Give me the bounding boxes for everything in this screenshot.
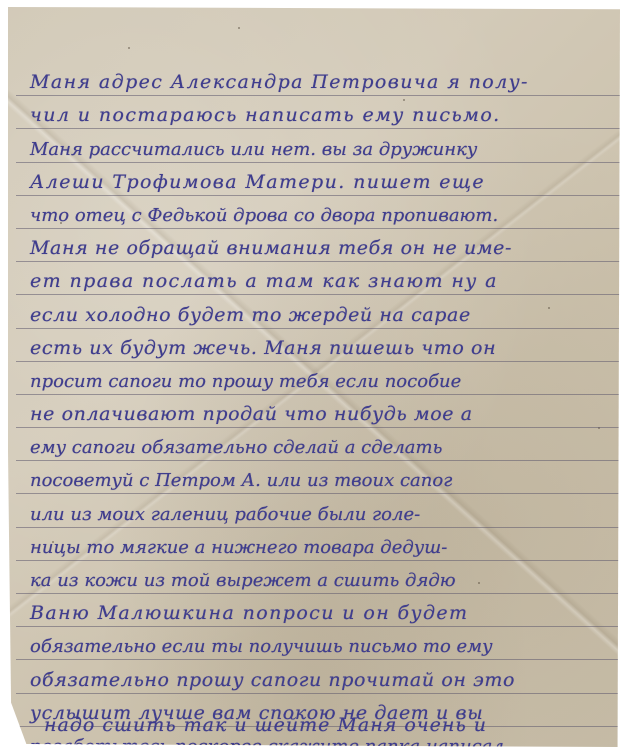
- handwritten-text: обязательно если ты получишь письмо то е…: [30, 636, 493, 657]
- paper-speck: [128, 47, 130, 49]
- handwritten-text: Маня рассчитались или нет. вы за дружинк…: [30, 139, 477, 160]
- letter-line: есть их будут жечь. Маня пишешь что он: [16, 329, 621, 362]
- handwritten-text: есть их будут жечь. Маня пишешь что он: [30, 337, 496, 359]
- handwritten-text: Ваню Малюшкина попроси и он будет: [30, 602, 468, 624]
- handwritten-text: Маня не обращай внимания тебя он не име-: [30, 237, 512, 259]
- letter-line: не оплачивают продай что нибудь мое а: [16, 395, 621, 428]
- handwritten-text-last-line: надо сшить так и шейте Маня очень и: [44, 714, 487, 736]
- handwritten-text: ницы то мягкие а нижнего товара дедуш-: [30, 537, 447, 558]
- letter-line: ка из кожи из той вырежет а сшить дядю: [16, 561, 621, 594]
- handwritten-text: Маня адрес Александра Петровича я полу-: [30, 71, 529, 93]
- handwritten-text: если холодно будет то жердей на сарае: [30, 304, 471, 326]
- letter-line: Алеши Трофимова Матери. пишет еще: [16, 163, 621, 196]
- handwritten-text: позаботьтесь поскорее скажите папка напи…: [30, 736, 504, 755]
- letter-line: обязательно прошу сапоги прочитай он это: [16, 660, 621, 693]
- letter-line: что отец с Федькой дрова со двора пропив…: [16, 196, 621, 229]
- handwritten-text: ет права послать а там как знают ну а: [30, 270, 498, 292]
- handwritten-text: ка из кожи из той вырежет а сшить дядю: [30, 570, 456, 591]
- handwritten-text: или из моих галениц рабочие были голе-: [30, 504, 420, 525]
- handwritten-text: не оплачивают продай что нибудь мое а: [30, 403, 473, 425]
- letter-line: чил и постараюсь написать ему письмо.: [16, 96, 621, 129]
- letter-line: Маня адрес Александра Петровича я полу-: [16, 63, 621, 96]
- handwritten-text: Алеши Трофимова Матери. пишет еще: [30, 171, 485, 193]
- handwritten-text: ему сапоги обязательно сделай а сделать: [30, 437, 442, 458]
- ruled-text-block: Маня адрес Александра Петровича я полу- …: [16, 63, 621, 755]
- letter-line: посоветуй с Петром А. или из твоих сапог: [16, 461, 621, 494]
- letter-paper: Маня адрес Александра Петровича я полу- …: [8, 7, 620, 747]
- letter-line: ницы то мягкие а нижнего товара дедуш-: [16, 528, 621, 561]
- letter-line: ет права послать а там как знают ну а: [16, 262, 621, 295]
- handwritten-text: обязательно прошу сапоги прочитай он это: [30, 669, 515, 691]
- handwritten-text: чил и постараюсь написать ему письмо.: [30, 104, 501, 126]
- handwritten-text: посоветуй с Петром А. или из твоих сапог: [30, 470, 452, 491]
- letter-line: или из моих галениц рабочие были голе-: [16, 494, 621, 527]
- letter-line: Ваню Малюшкина попроси и он будет: [16, 594, 621, 627]
- letter-line: обязательно если ты получишь письмо то е…: [16, 627, 621, 660]
- letter-line: если холодно будет то жердей на сарае: [16, 295, 621, 328]
- letter-line: ему сапоги обязательно сделай а сделать: [16, 428, 621, 461]
- paper-speck: [238, 27, 240, 29]
- handwritten-text: просит сапоги то прошу тебя если пособие: [30, 371, 461, 392]
- letter-line: Маня не обращай внимания тебя он не име-: [16, 229, 621, 262]
- letter-line: просит сапоги то прошу тебя если пособие: [16, 362, 621, 395]
- letter-line: Маня рассчитались или нет. вы за дружинк…: [16, 129, 621, 162]
- handwritten-text: что отец с Федькой дрова со двора пропив…: [30, 205, 498, 226]
